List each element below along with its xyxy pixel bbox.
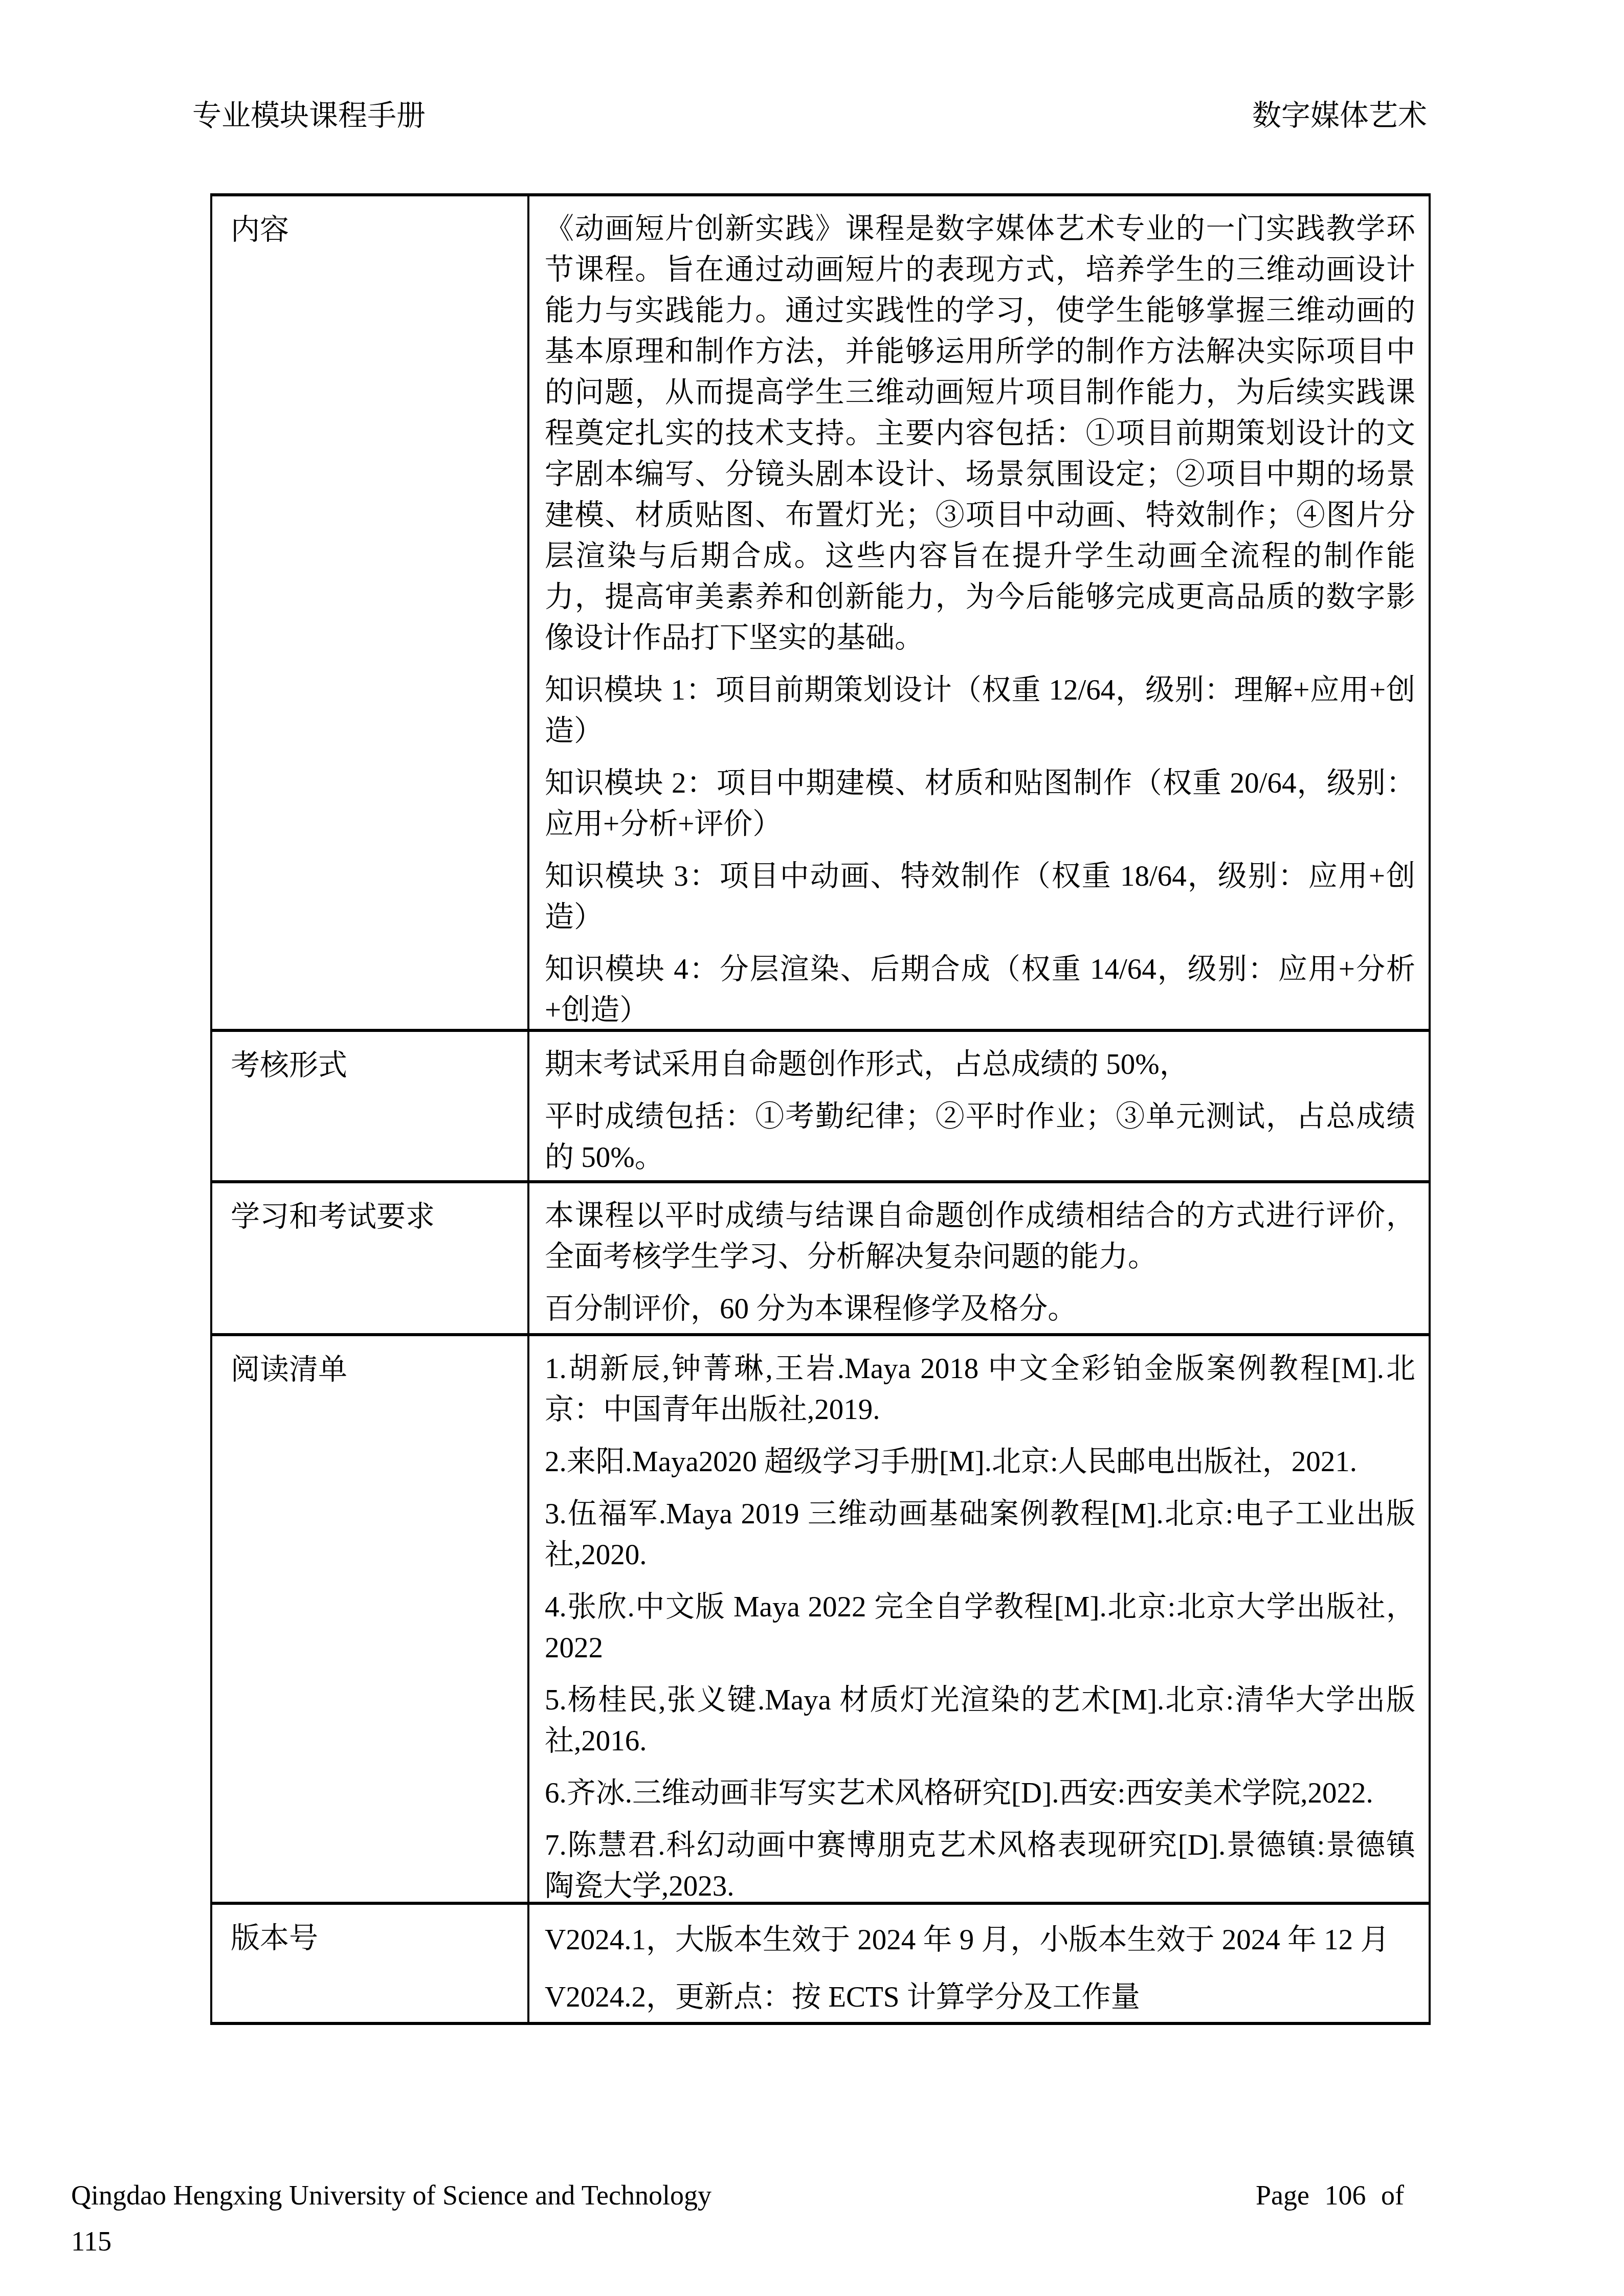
paragraph: 知识模块 3：项目中动画、特效制作（权重 18/64，级别：应用+创造） [545, 856, 1415, 938]
row-content-cell: V2024.1，大版本生效于 2024 年 9 月，小版本生效于 2024 年 … [529, 1905, 1429, 2022]
reading-list-item: 3.伍福军.Maya 2019 三维动画基础案例教程[M].北京:电子工业出版社… [545, 1494, 1415, 1575]
row-label-cell: 考核形式 [212, 1032, 529, 1180]
header-left-title: 专业模块课程手册 [192, 98, 426, 134]
row-label-cell: 内容 [212, 196, 529, 1029]
paragraph: 百分制评价，60 分为本课程修学及格分。 [545, 1289, 1415, 1330]
reading-list-item: 4.张欣.中文版 Maya 2022 完全自学教程[M].北京:北京大学出版社，… [545, 1587, 1415, 1669]
header-right-title: 数字媒体艺术 [1252, 98, 1427, 134]
paragraph: V2024.1，大版本生效于 2024 年 9 月，小版本生效于 2024 年 … [545, 1917, 1415, 1963]
page-header: 专业模块课程手册 数字媒体艺术 [192, 98, 1427, 134]
footer-page-number: Page 106 of [1256, 2172, 1404, 2218]
page-footer: Qingdao Hengxing University of Science a… [71, 2172, 1404, 2264]
reading-list-item: 5.杨桂民,张义键.Maya 材质灯光渲染的艺术[M].北京:清华大学出版社,2… [545, 1680, 1415, 1762]
row-label: 阅读清单 [231, 1354, 347, 1386]
row-label: 考核形式 [231, 1049, 347, 1082]
footer-page-total: 115 [71, 2218, 1404, 2264]
row-content-cell: 期末考试采用自命题创作形式，占总成绩的 50%， 平时成绩包括：①考勤纪律；②平… [529, 1032, 1429, 1180]
paragraph: 知识模块 1：项目前期策划设计（权重 12/64，级别：理解+应用+创造） [545, 670, 1415, 752]
table-row-version: 版本号 V2024.1，大版本生效于 2024 年 9 月，小版本生效于 202… [212, 1905, 1429, 2022]
row-content-cell: 本课程以平时成绩与结课自命题创作成绩相结合的方式进行评价，全面考核学生学习、分析… [529, 1183, 1429, 1333]
paragraph: 《动画短片创新实践》课程是数字媒体艺术专业的一门实践教学环节课程。旨在通过动画短… [545, 209, 1415, 659]
row-label-cell: 版本号 [212, 1905, 529, 2022]
row-label-cell: 学习和考试要求 [212, 1183, 529, 1333]
paragraph: 知识模块 2：项目中期建模、材质和贴图制作（权重 20/64，级别：应用+分析+… [545, 763, 1415, 845]
reading-list-item: 1.胡新辰,钟菁琳,王岩.Maya 2018 中文全彩铂金版案例教程[M].北京… [545, 1348, 1415, 1430]
paragraph: V2024.2，更新点：按 ECTS 计算学分及工作量 [545, 1974, 1415, 2020]
reading-list-item: 7.陈慧君.科幻动画中赛博朋克艺术风格表现研究[D].景德镇:景德镇陶瓷大学,2… [545, 1825, 1415, 1902]
paragraph: 知识模块 4：分层渲染、后期合成（权重 14/64，级别：应用+分析+创造） [545, 949, 1415, 1029]
row-label: 学习和考试要求 [231, 1201, 435, 1233]
reading-list-item: 6.齐冰.三维动画非写实艺术风格研究[D].西安:西安美术学院,2022. [545, 1773, 1415, 1814]
row-content-cell: 1.胡新辰,钟菁琳,王岩.Maya 2018 中文全彩铂金版案例教程[M].北京… [529, 1336, 1429, 1902]
footer-university-name: Qingdao Hengxing University of Science a… [71, 2172, 711, 2218]
paragraph: 期末考试采用自命题创作形式，占总成绩的 50%， [545, 1044, 1415, 1085]
course-info-table: 内容 《动画短片创新实践》课程是数字媒体艺术专业的一门实践教学环节课程。旨在通过… [210, 193, 1431, 2025]
table-row-assessment: 考核形式 期末考试采用自命题创作形式，占总成绩的 50%， 平时成绩包括：①考勤… [212, 1032, 1429, 1183]
table-row-reading-list: 阅读清单 1.胡新辰,钟菁琳,王岩.Maya 2018 中文全彩铂金版案例教程[… [212, 1336, 1429, 1905]
row-label-cell: 阅读清单 [212, 1336, 529, 1902]
table-row-requirements: 学习和考试要求 本课程以平时成绩与结课自命题创作成绩相结合的方式进行评价，全面考… [212, 1183, 1429, 1336]
paragraph: 本课程以平时成绩与结课自命题创作成绩相结合的方式进行评价，全面考核学生学习、分析… [545, 1196, 1415, 1277]
row-label: 内容 [231, 214, 289, 246]
row-label: 版本号 [231, 1922, 318, 1954]
footer-line: Qingdao Hengxing University of Science a… [71, 2172, 1404, 2218]
document-page: 专业模块课程手册 数字媒体艺术 内容 《动画短片创新实践》课程是数字媒体艺术专业… [0, 0, 1624, 2296]
table-row-content: 内容 《动画短片创新实践》课程是数字媒体艺术专业的一门实践教学环节课程。旨在通过… [212, 196, 1429, 1032]
paragraph: 平时成绩包括：①考勤纪律；②平时作业；③单元测试，占总成绩的 50%。 [545, 1096, 1415, 1178]
row-content-cell: 《动画短片创新实践》课程是数字媒体艺术专业的一门实践教学环节课程。旨在通过动画短… [529, 196, 1429, 1029]
reading-list-item: 2.来阳.Maya2020 超级学习手册[M].北京:人民邮电出版社，2021. [545, 1442, 1415, 1482]
